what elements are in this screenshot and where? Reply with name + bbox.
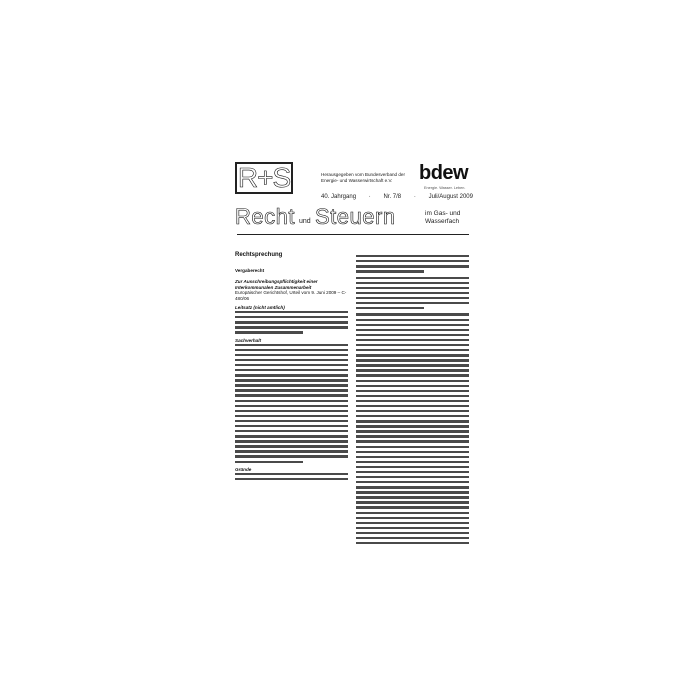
article-title: Zur Ausschreibungspflichtigkeit einer In…	[235, 279, 348, 290]
body-text	[356, 313, 469, 544]
section-heading: Rechtsprechung	[235, 252, 348, 258]
right-column	[356, 255, 469, 548]
masthead: Recht und Steuern im Gas- und Wasserfach	[235, 208, 470, 230]
volume: 40. Jahrgang	[321, 194, 356, 200]
issue-line: 40. Jahrgang · Nr. 7/8 · Juli/August 200…	[321, 194, 473, 200]
article-source: Europäischer Gerichtshof, Urteil vom 9. …	[235, 290, 348, 301]
masthead-subtitle: im Gas- und Wasserfach	[425, 210, 475, 226]
masthead-steuern: Steuern	[315, 204, 396, 230]
body-text	[235, 344, 348, 463]
category-heading: Vergaberecht	[235, 268, 348, 273]
rs-logo: R+S	[235, 162, 293, 194]
subhead-leitsatz: Leitsatz (nicht amtlich)	[235, 305, 348, 310]
body-text	[235, 473, 348, 480]
left-column: Rechtsprechung Vergaberecht Zur Ausschre…	[235, 252, 348, 484]
bdew-tagline: Energie. Wasser. Leben.	[424, 186, 465, 190]
subhead-gruende: Gründe	[235, 467, 348, 472]
header-rule	[237, 234, 469, 235]
masthead-und: und	[299, 218, 311, 225]
subhead-sachverhalt: Sachverhalt	[235, 338, 348, 343]
body-text	[356, 255, 469, 273]
issue-date: Juli/August 2009	[429, 194, 473, 200]
journal-page: R+S Herausgegeben vom Bundesverband der …	[225, 150, 480, 560]
masthead-recht: Recht	[235, 204, 295, 230]
bdew-logo: bdew	[419, 162, 468, 185]
publisher-line: Herausgegeben vom Bundesverband der Ener…	[321, 172, 411, 184]
body-text	[235, 311, 348, 334]
issue-number: Nr. 7/8	[383, 194, 401, 200]
body-text	[356, 277, 469, 310]
